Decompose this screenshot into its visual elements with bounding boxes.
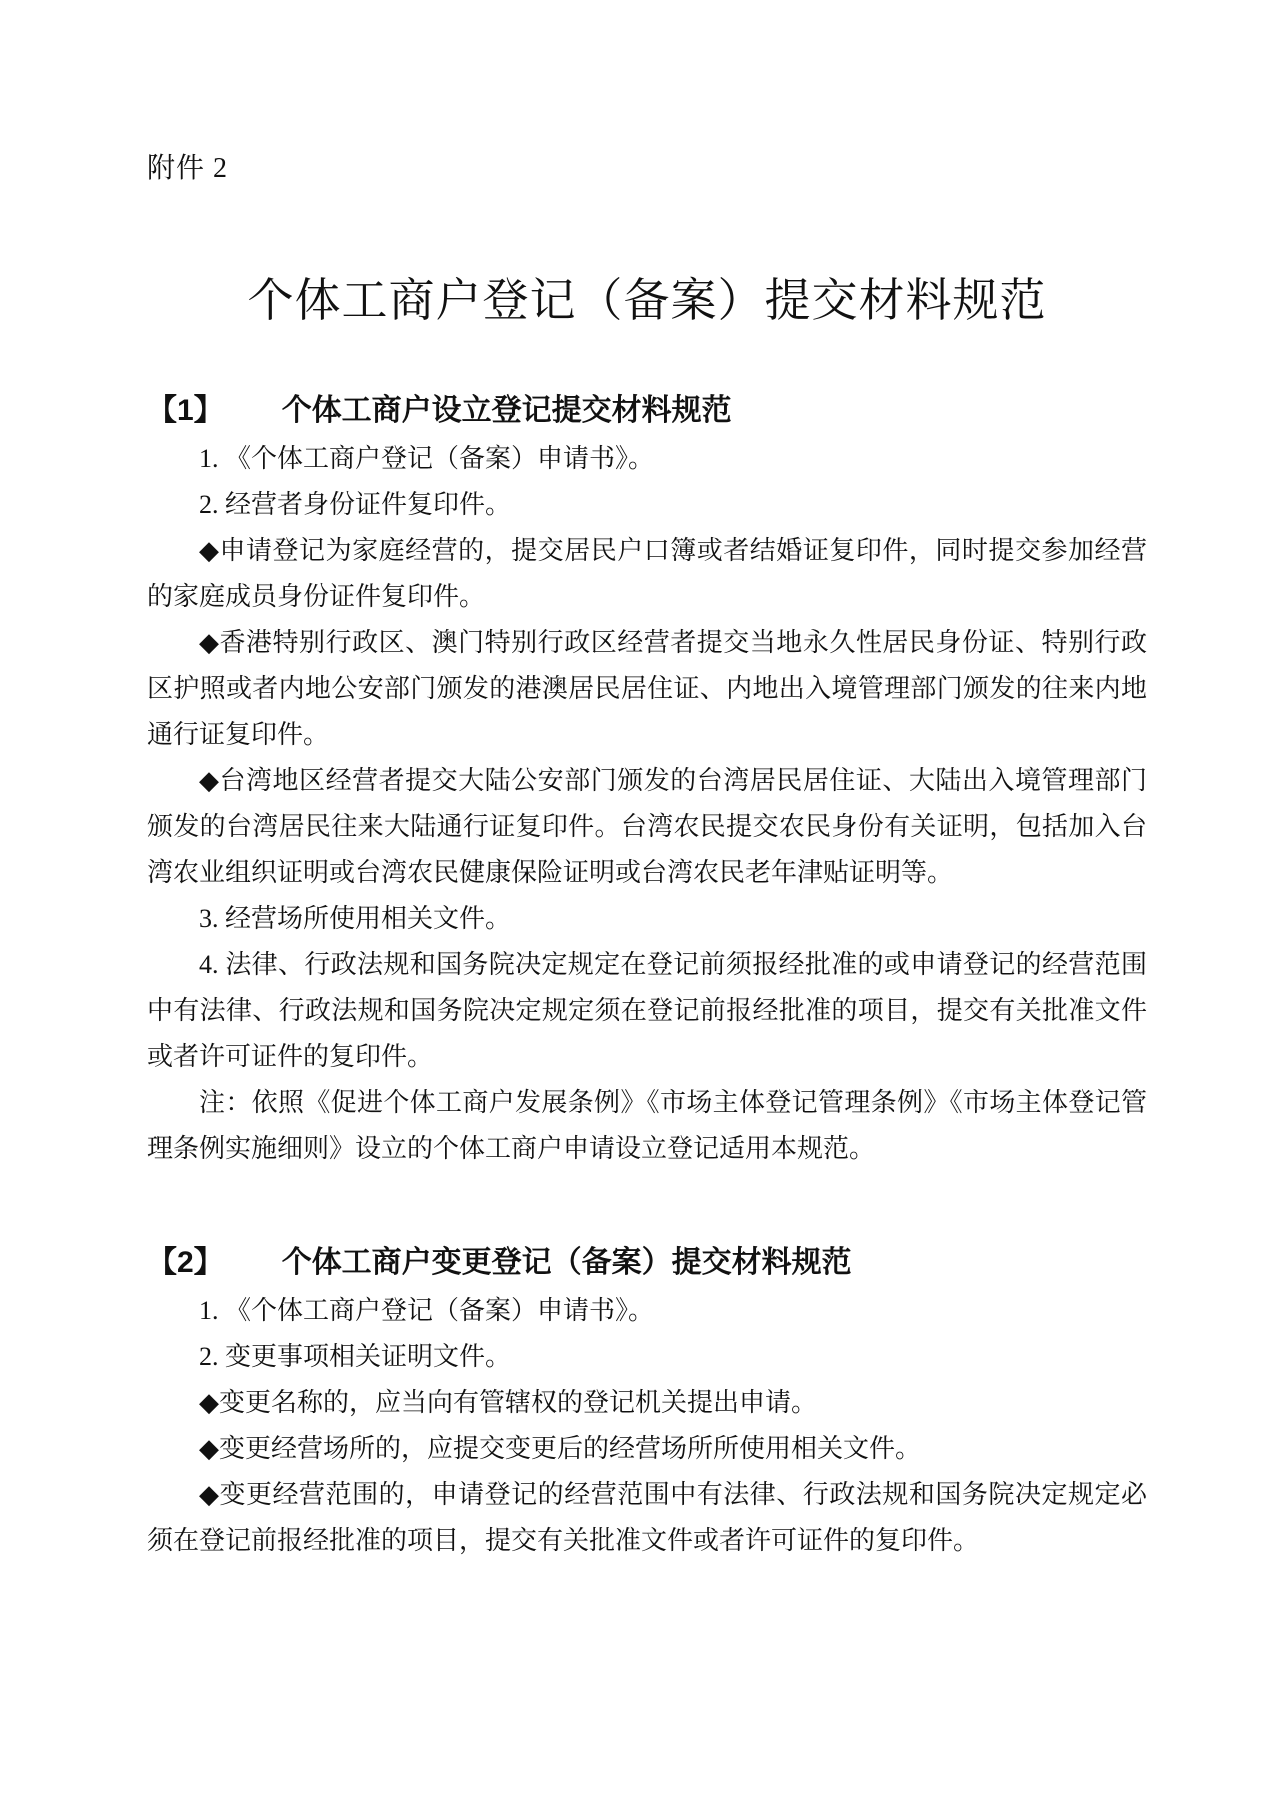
bullet-item: ◆变更经营范围的，申请登记的经营范围中有法律、行政法规和国务院决定规定必须在登记… [147, 1472, 1147, 1564]
numbered-item: 2. 经营者身份证件复印件。 [147, 482, 1147, 528]
section-2-body: 1. 《个体工商户登记（备案）申请书》。 2. 变更事项相关证明文件。 ◆变更名… [147, 1288, 1147, 1564]
numbered-item: 2. 变更事项相关证明文件。 [147, 1334, 1147, 1380]
bullet-item: ◆变更名称的，应当向有管辖权的登记机关提出申请。 [147, 1380, 1147, 1426]
bullet-item: ◆台湾地区经营者提交大陆公安部门颁发的台湾居民居住证、大陆出入境管理部门颁发的台… [147, 758, 1147, 896]
bullet-item: ◆变更经营场所的，应提交变更后的经营场所所使用相关文件。 [147, 1426, 1147, 1472]
note-item: 注：依照《促进个体工商户发展条例》《市场主体登记管理条例》《市场主体登记管理条例… [147, 1080, 1147, 1172]
numbered-item: 4. 法律、行政法规和国务院决定规定在登记前须报经批准的或申请登记的经营范围中有… [147, 942, 1147, 1080]
section-1-body: 1. 《个体工商户登记（备案）申请书》。 2. 经营者身份证件复印件。 ◆申请登… [147, 436, 1147, 1172]
section-1-heading: 【1】个体工商户设立登记提交材料规范 [147, 389, 1147, 433]
section-1-number: 【1】 [147, 394, 224, 427]
bullet-item: ◆申请登记为家庭经营的，提交居民户口簿或者结婚证复印件，同时提交参加经营的家庭成… [147, 528, 1147, 620]
bullet-item: ◆香港特别行政区、澳门特别行政区经营者提交当地永久性居民身份证、特别行政区护照或… [147, 620, 1147, 758]
section-2-number: 【2】 [147, 1246, 224, 1279]
section-1-title: 个体工商户设立登记提交材料规范 [282, 394, 732, 427]
section-modification: 【2】个体工商户变更登记（备案）提交材料规范 1. 《个体工商户登记（备案）申请… [147, 1241, 1147, 1564]
numbered-item: 3. 经营场所使用相关文件。 [147, 896, 1147, 942]
section-2-heading: 【2】个体工商户变更登记（备案）提交材料规范 [147, 1241, 1147, 1285]
attachment-label: 附件 2 [147, 150, 1147, 188]
section-establishment: 【1】个体工商户设立登记提交材料规范 1. 《个体工商户登记（备案）申请书》。 … [147, 389, 1147, 1172]
document-title: 个体工商户登记（备案）提交材料规范 [147, 270, 1147, 332]
section-2-title: 个体工商户变更登记（备案）提交材料规范 [282, 1246, 852, 1279]
document-page: 附件 2 个体工商户登记（备案）提交材料规范 【1】个体工商户设立登记提交材料规… [0, 0, 1280, 1810]
numbered-item: 1. 《个体工商户登记（备案）申请书》。 [147, 1288, 1147, 1334]
numbered-item: 1. 《个体工商户登记（备案）申请书》。 [147, 436, 1147, 482]
